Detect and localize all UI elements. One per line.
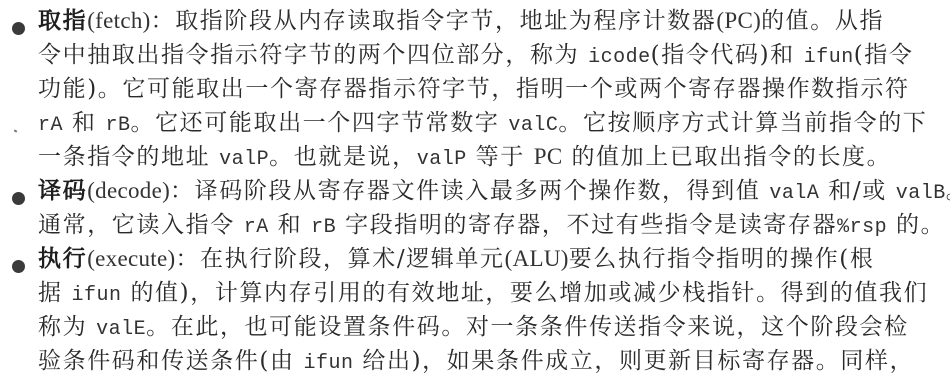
text: 和 <box>63 110 105 136</box>
code-rsp: %rsp <box>837 216 887 239</box>
code-ra: rA <box>38 114 63 137</box>
text: ：在执行阶段，算术/逻辑单元 <box>175 246 504 272</box>
text: 。也就是说， <box>269 144 417 170</box>
document-page: 取指(fetch)：取指阶段从内存读取指令字节，地址为程序计数器(PC)的值。从… <box>0 0 950 389</box>
term-decode: 译码 <box>38 177 87 204</box>
execute-line-4: 验条件码和传送条件(由 ifun 给出)，如果条件成立，则更新目标寄存器。同样， <box>38 344 938 378</box>
text: 通常，它读入指令 <box>38 212 244 238</box>
text: 。在此，也可能设置条件码。对一条条件传送指令来说，这个阶段会检 <box>146 314 909 340</box>
text: 据 <box>38 280 72 306</box>
code-ifun: ifun <box>303 352 353 375</box>
text: 字段指明的寄存器，不过有些指令是读寄存器 <box>336 212 837 238</box>
execute-line-3: 称为 valE。在此，也可能设置条件码。对一条条件传送指令来说，这个阶段会检 <box>38 310 938 344</box>
code-ra: rA <box>244 216 269 239</box>
term-decode-en: (decode) <box>87 178 170 203</box>
text: ：取指阶段从内存读取指令字节，地址为程序计数器 <box>151 8 717 34</box>
text-alu: (ALU) <box>505 246 569 271</box>
term-execute: 执行 <box>38 245 87 272</box>
execute-line-1: 执行(execute)：在执行阶段，算术/逻辑单元(ALU)要么执行指令指明的操… <box>38 242 938 276</box>
text-pc: PC <box>534 144 563 169</box>
code-ifun: ifun <box>72 284 122 307</box>
term-fetch-en: (fetch) <box>87 8 150 33</box>
code-icode: icode <box>588 46 651 69</box>
text: 要么执行指令指明的操作(根 <box>569 246 875 272</box>
text-pc: (PC) <box>716 8 761 33</box>
fetch-line-1: 取指(fetch)：取指阶段从内存读取指令字节，地址为程序计数器(PC)的值。从… <box>38 4 938 38</box>
term-execute-en: (execute) <box>87 246 175 271</box>
code-valp: valP <box>417 148 467 171</box>
text: 。它还可能取出一个四字节常数字 <box>130 110 508 136</box>
fetch-line-4: rA 和 rB。它还可能取出一个四字节常数字 valC。它按顺序方式计算当前指令… <box>38 106 938 140</box>
code-vale: valE <box>96 318 146 341</box>
text: 和/或 <box>819 178 895 204</box>
bullet-icon <box>12 192 25 205</box>
text: 的值。从指 <box>761 8 884 34</box>
text: 的值加上已取出指令的长度。 <box>563 144 892 170</box>
text: 给出)，如果条件成立，则更新目标寄存器。同样， <box>354 348 915 374</box>
text: 和 <box>269 212 311 238</box>
text: 。 <box>946 178 950 204</box>
bullet-icon <box>12 22 25 35</box>
code-valc: valC <box>508 114 558 137</box>
code-valb: valB <box>896 182 946 205</box>
code-vala: valA <box>769 182 819 205</box>
text: 的值)，计算内存引用的有效地址，要么增加或减少栈指针。得到的值我们 <box>122 280 929 306</box>
text: 。它按顺序方式计算当前指令的下 <box>558 110 927 136</box>
text: 的。 <box>887 212 945 238</box>
code-ifun: ifun <box>804 46 854 69</box>
term-fetch: 取指 <box>38 7 87 34</box>
fetch-line-2: 令中抽取出指令指示符字节的两个四位部分，称为 icode(指令代码)和 ifun… <box>38 38 938 72</box>
code-rb: rB <box>311 216 336 239</box>
bullet-icon <box>12 260 25 273</box>
decode-line-2: 通常，它读入指令 rA 和 rB 字段指明的寄存器，不过有些指令是读寄存器%rs… <box>38 208 938 242</box>
text: 验条件码和传送条件(由 <box>38 348 303 374</box>
text: 功能)。它可能取出一个寄存器指示符字节，指明一个或两个寄存器操作数指示符 <box>38 76 910 102</box>
fetch-line-5: 一条指令的地址 valP。也就是说，valP 等于 PC 的值加上已取出指令的长… <box>38 140 938 174</box>
text: 称为 <box>38 314 96 340</box>
text: 等于 <box>467 144 534 170</box>
text: 令中抽取出指令指示符字节的两个四位部分，称为 <box>38 42 588 68</box>
decode-line-1: 译码(decode)：译码阶段从寄存器文件读入最多两个操作数，得到值 valA … <box>38 174 938 208</box>
code-valp: valP <box>219 148 269 171</box>
code-rb: rB <box>105 114 130 137</box>
fetch-line-3: 功能)。它可能取出一个寄存器指示符字节，指明一个或两个寄存器操作数指示符 <box>38 72 938 106</box>
scan-speck <box>14 129 18 132</box>
execute-line-2: 据 ifun 的值)，计算内存引用的有效地址，要么增加或减少栈指针。得到的值我们 <box>38 276 938 310</box>
text: ：译码阶段从寄存器文件读入最多两个操作数，得到值 <box>170 178 769 204</box>
text: (指令代码)和 <box>651 42 804 68</box>
text: (指令 <box>854 42 914 68</box>
text: 一条指令的地址 <box>38 144 219 170</box>
